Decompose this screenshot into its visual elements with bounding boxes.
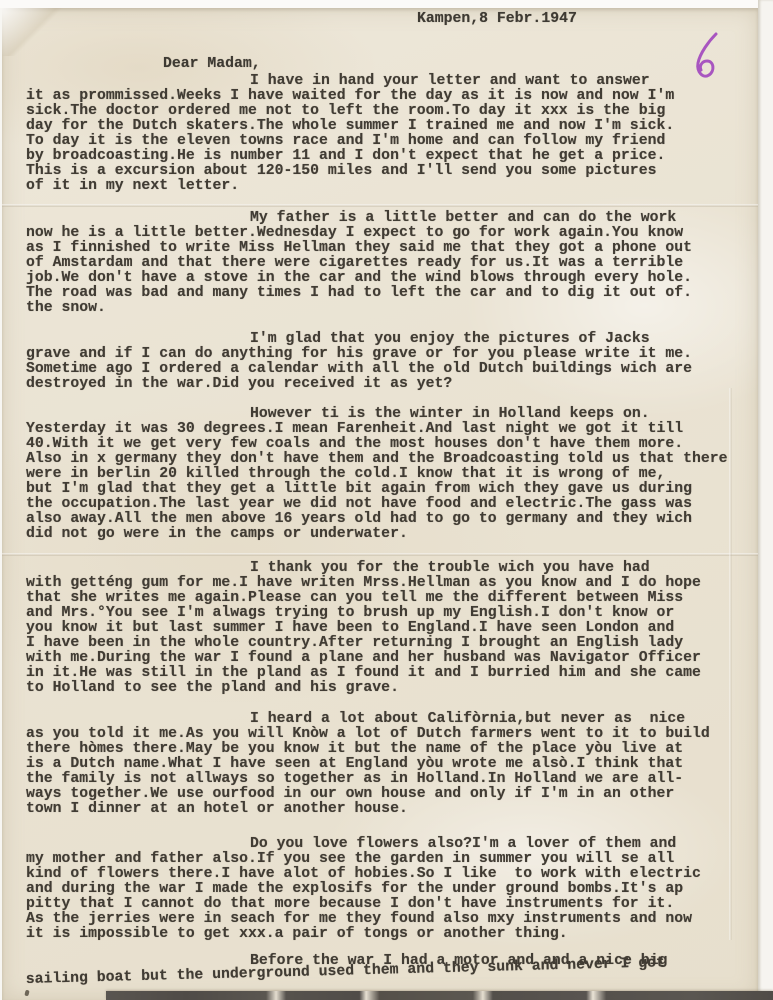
letter-line: did not go were in the camps or underwat…: [26, 527, 752, 542]
letter-line: However ti is the winter in Holland keep…: [26, 407, 752, 422]
letter-line: I have been in the whole country.After r…: [26, 636, 752, 651]
letter-line: as you told it me.As you will Knòw a lot…: [26, 727, 752, 742]
letter-line: town I dinner at an hotel or another hou…: [26, 802, 752, 817]
letter-body: I have in hand your letter and want to a…: [26, 74, 752, 984]
letter-line: I thank you for the trouble wich you hav…: [26, 561, 752, 576]
letter-line: as I finnished to write Miss Hellman the…: [26, 241, 752, 256]
letter-line: Sometime ago I ordered a calendar with a…: [26, 362, 752, 377]
ink-speck: [24, 990, 29, 997]
letter-line: by broadcoasting.He is number 11 and I d…: [26, 149, 752, 164]
letter-paragraph: I'm glad that you enjoy the pictures of …: [26, 332, 752, 392]
letter-line: sick.The doctor ordered me not to left t…: [26, 104, 752, 119]
letter-line: pitty that I cannot do that more because…: [26, 897, 752, 912]
letter-line: it as prommissed.Weeks I have waited for…: [26, 89, 752, 104]
letter-line: Yesterday it was 30 degrees.I mean Faren…: [26, 422, 752, 437]
letter-line: of it in my next letter.: [26, 179, 752, 194]
letter-line: is a Dutch name.What I have seen at Engl…: [26, 757, 752, 772]
paper-corner-curl: [2, 8, 72, 56]
letter-line: destroyed in the war.Did you received it…: [26, 377, 752, 392]
letter-line: the family is not allways so together as…: [26, 772, 752, 787]
letter-line: it is impossible to get xxx.a pair of to…: [26, 927, 752, 942]
letter-paragraph: I thank you for the trouble wich you hav…: [26, 561, 752, 696]
letter-line: that she writes me again.Please can you …: [26, 591, 752, 606]
letter-line: with getténg gum for me.I have writen Mr…: [26, 576, 752, 591]
letter-line: my mother and father also.If you see the…: [26, 852, 752, 867]
letter-line: Do you love flowers also?I'm a lover of …: [26, 837, 752, 852]
letter-line: kind of flowers there.I have alot of hob…: [26, 867, 752, 882]
letter-line: I have in hand your letter and want to a…: [26, 74, 752, 89]
letter-line: job.We don't have a stove in the car and…: [26, 271, 752, 286]
letter-line: with me.During the war I found a plane a…: [26, 651, 752, 666]
letter-line: of Amstardam and that there were cigaret…: [26, 256, 752, 271]
letter-line: As the jerries were in seach for me they…: [26, 912, 752, 927]
letter-paragraph: My father is a little better and can do …: [26, 211, 752, 316]
letter-paragraph: Before the war I had a motor and and a n…: [26, 954, 752, 984]
letter-line: the occupation.The last year we did not …: [26, 497, 752, 512]
letter-line: day for the Dutch skaters.The whole summ…: [26, 119, 752, 134]
letter-paragraph: However ti is the winter in Holland keep…: [26, 407, 752, 542]
letter-line: 40.With it we get very few coals and the…: [26, 437, 752, 452]
letter-line: Also in x germany they don't have them a…: [26, 452, 752, 467]
letter-salutation: Dear Madam,: [163, 56, 261, 72]
letter-line: were in berlin 20 killed through the col…: [26, 467, 752, 482]
letter-line: but I'm glad that they get a little bit …: [26, 482, 752, 497]
letter-paper: Kampen,8 Febr.1947 Dear Madam, I have in…: [2, 8, 758, 1000]
letter-paragraph: I have in hand your letter and want to a…: [26, 74, 752, 194]
letter-line: To day it is the eleven towns race and I…: [26, 134, 752, 149]
letter-line: to Holland to see the pland and his grav…: [26, 681, 752, 696]
letter-line: also away.All the men above 16 years old…: [26, 512, 752, 527]
letter-line: and during the war I made the explosifs …: [26, 882, 752, 897]
letter-line: My father is a little better and can do …: [26, 211, 752, 226]
letter-line: there hòmes there.May be you know it but…: [26, 742, 752, 757]
letter-paragraph: Do you love flowers also?I'm a lover of …: [26, 837, 752, 942]
letter-line: ways together.We use ourfood in our own …: [26, 787, 752, 802]
letter-line: the snow.: [26, 301, 752, 316]
letter-line: The road was bad and many times I had to…: [26, 286, 752, 301]
letter-line: This is a excursion about 120-150 miles …: [26, 164, 752, 179]
letter-line: grave and if I can do anything for his g…: [26, 347, 752, 362]
letter-line: you know it but last summer I have been …: [26, 621, 752, 636]
letter-line: I'm glad that you enjoy the pictures of …: [26, 332, 752, 347]
letter-dateline: Kampen,8 Febr.1947: [417, 11, 577, 27]
scanned-letter-page: Kampen,8 Febr.1947 Dear Madam, I have in…: [0, 0, 773, 1000]
letter-line: and Mrs.°You see I'm alwags trying to br…: [26, 606, 752, 621]
letter-paragraph: I heard a lot about Califòrnia,but never…: [26, 712, 752, 817]
letter-line: now he is a little better.Wednesday I ex…: [26, 226, 752, 241]
scan-background-top: [0, 0, 773, 8]
letter-line: I heard a lot about Califòrnia,but never…: [26, 712, 752, 727]
scan-background-right: [758, 0, 773, 1000]
scan-edge-shadow: [106, 991, 773, 1000]
letter-line: in it.He was still in the pland as I fou…: [26, 666, 752, 681]
